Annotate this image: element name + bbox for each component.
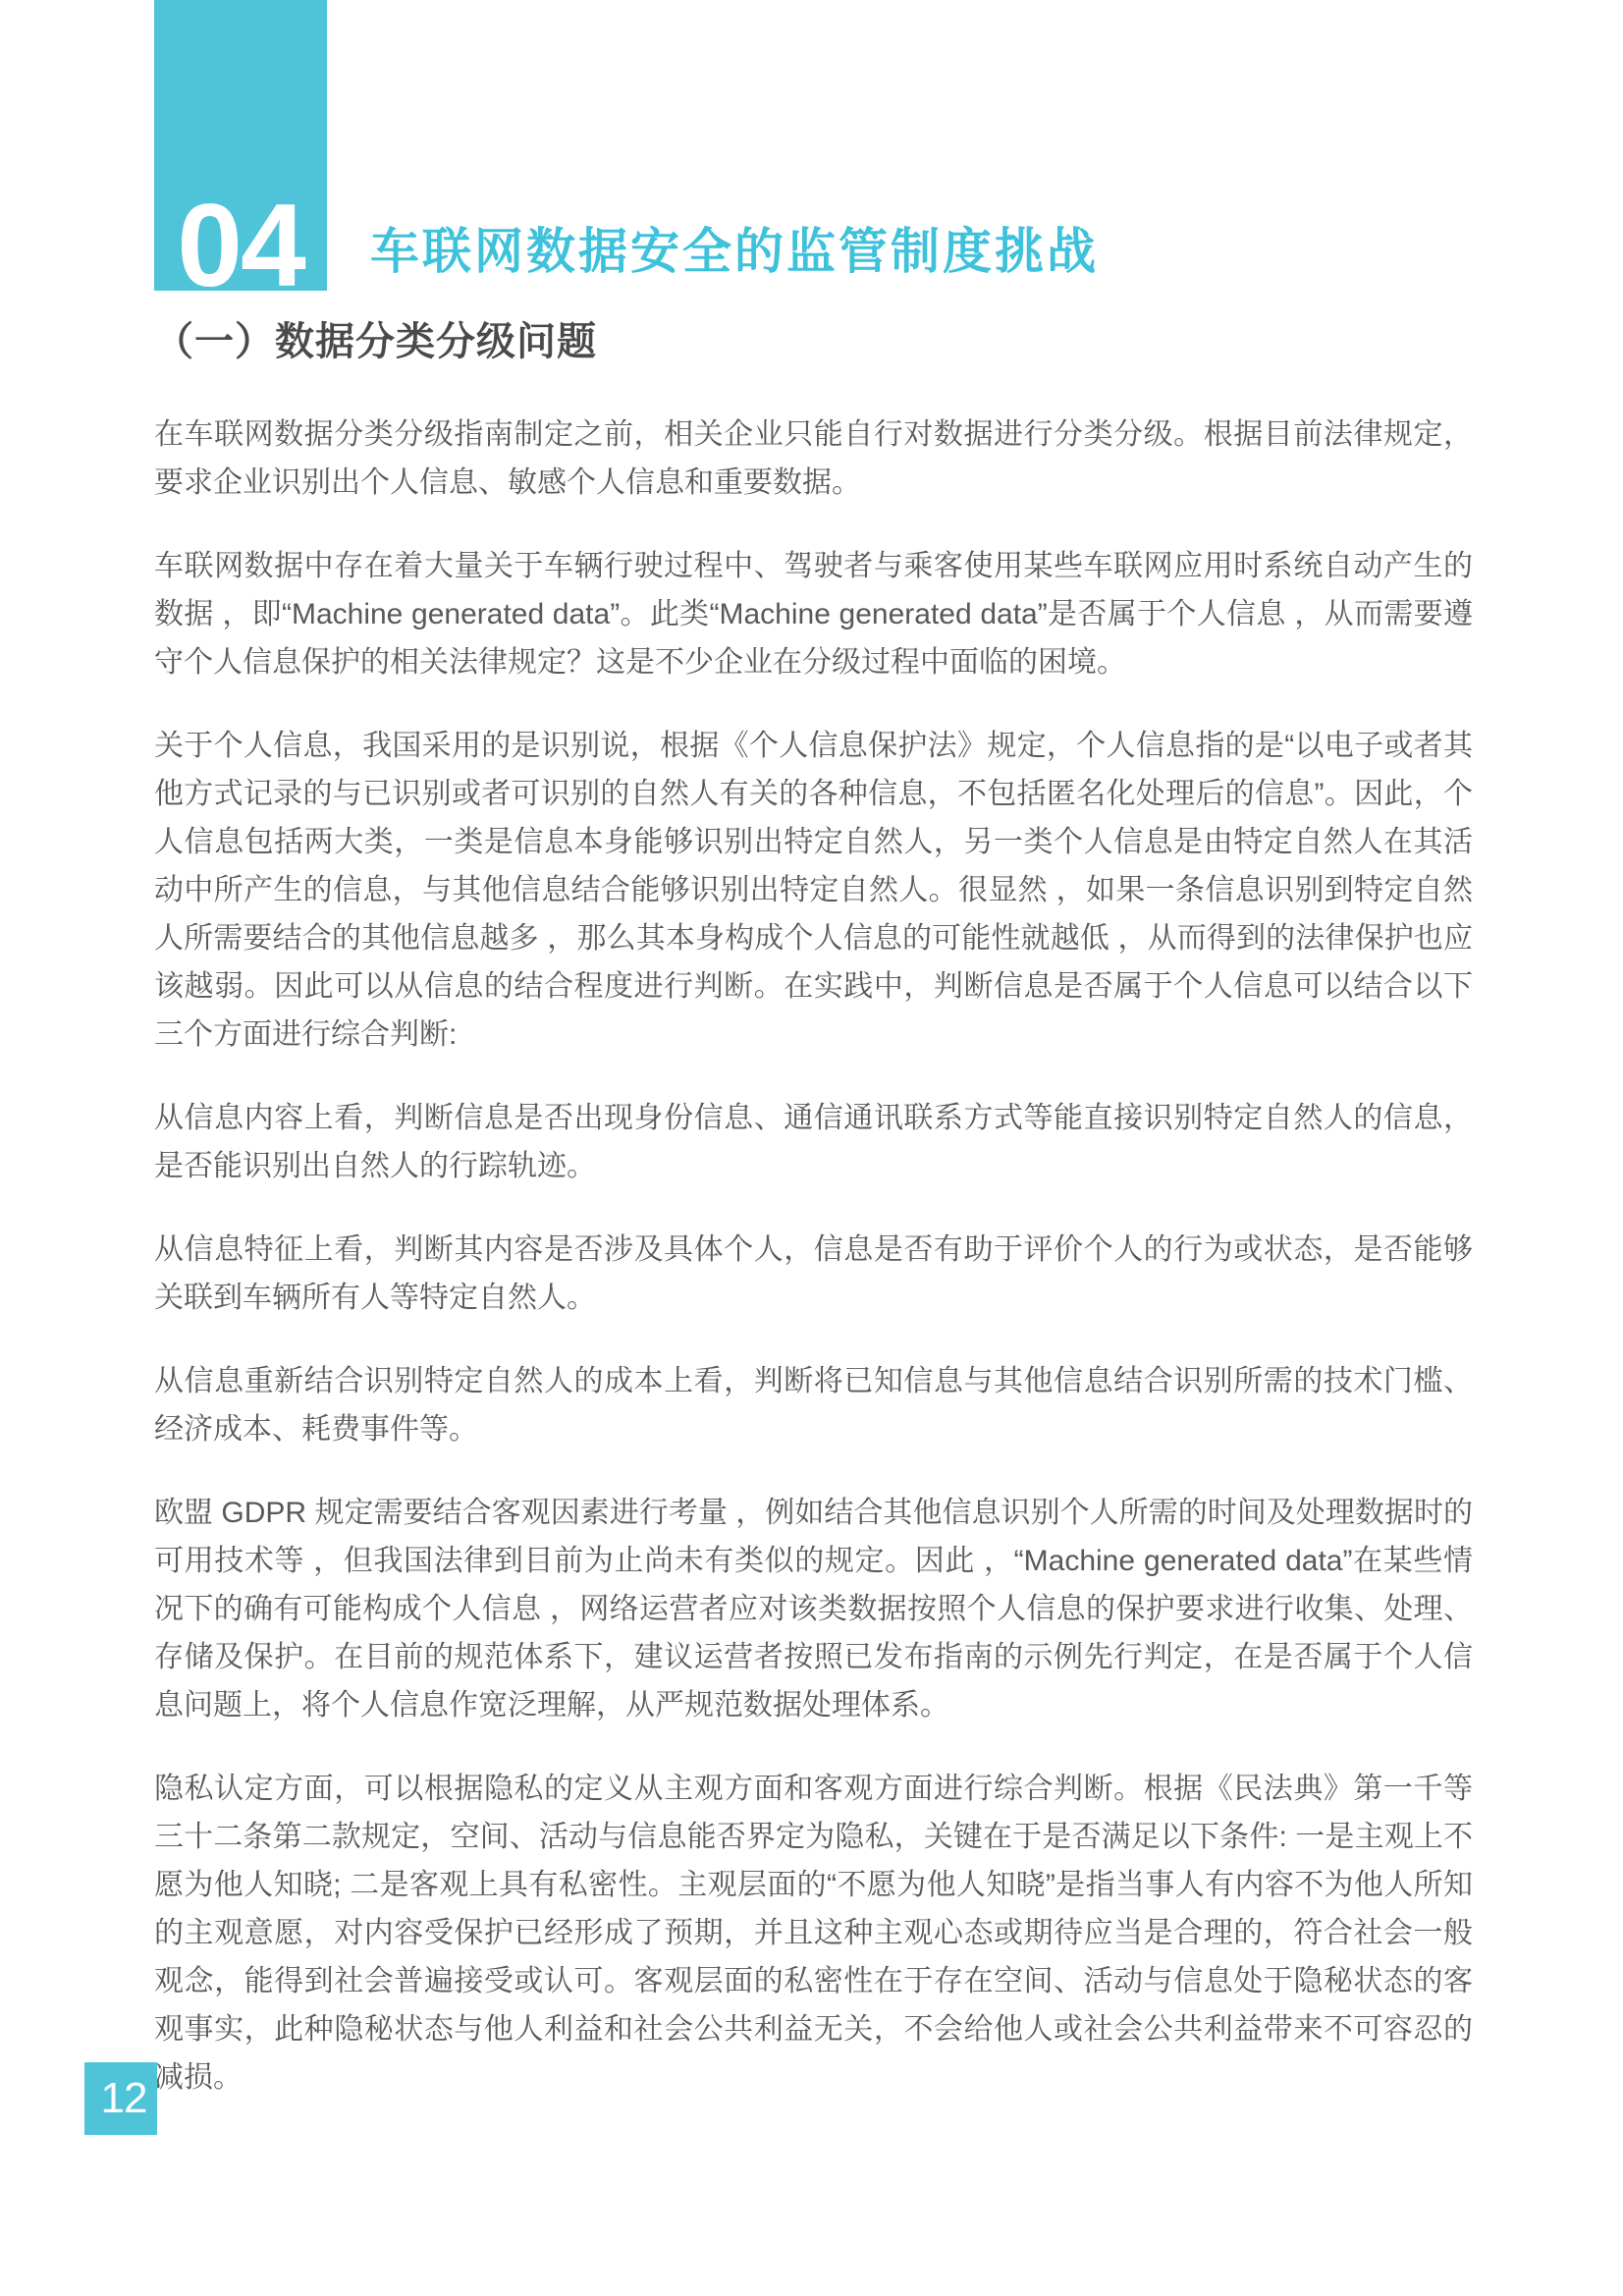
body-paragraph: 在车联网数据分类分级指南制定之前，相关企业只能自行对数据进行分类分级。根据目前法… — [154, 410, 1473, 507]
body-paragraph: 车联网数据中存在着大量关于车辆行驶过程中、驾驶者与乘客使用某些车联网应用时系统自… — [154, 542, 1473, 686]
body-paragraph: 隐私认定方面，可以根据隐私的定义从主观方面和客观方面进行综合判断。根据《民法典》… — [154, 1765, 1473, 2102]
body-paragraph: 从信息内容上看，判断信息是否出现身份信息、通信通讯联系方式等能直接识别特定自然人… — [154, 1094, 1473, 1190]
body-paragraph: 从信息特征上看，判断其内容是否涉及具体个人，信息是否有助于评价个人的行为或状态，… — [154, 1226, 1473, 1322]
chapter-number-block: 04 — [154, 0, 327, 291]
body-paragraph: 欧盟 GDPR 规定需要结合客观因素进行考量 ，例如结合其他信息识别个人所需的时… — [154, 1489, 1473, 1729]
page-number: 12 — [95, 2077, 147, 2120]
section-heading: （一）数据分类分级问题 — [154, 291, 1473, 365]
body-paragraphs: 在车联网数据分类分级指南制定之前，相关企业只能自行对数据进行分类分级。根据目前法… — [154, 410, 1473, 2102]
chapter-number: 04 — [177, 187, 303, 291]
body-paragraph: 关于个人信息，我国采用的是识别说，根据《个人信息保护法》规定，个人信息指的是“以… — [154, 722, 1473, 1059]
content-column: （一）数据分类分级问题 在车联网数据分类分级指南制定之前，相关企业只能自行对数据… — [154, 291, 1473, 2137]
page-number-badge: 12 — [84, 2062, 157, 2135]
body-paragraph: 从信息重新结合识别特定自然人的成本上看，判断将已知信息与其他信息结合识别所需的技… — [154, 1357, 1473, 1453]
chapter-title: 车联网数据安全的监管制度挑战 — [370, 220, 1099, 284]
